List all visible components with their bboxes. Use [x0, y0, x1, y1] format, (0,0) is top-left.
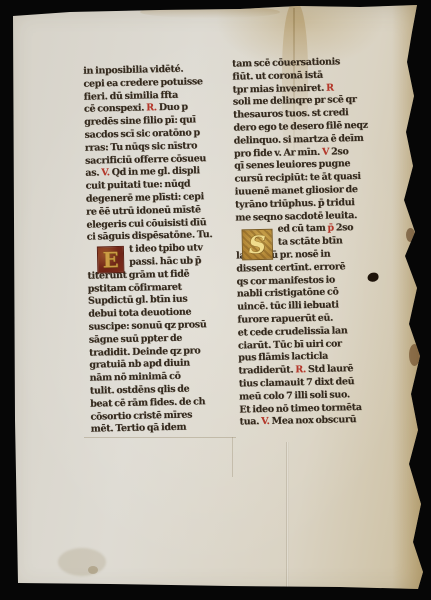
manuscript-text-line: pro fide v. Ar mīn. V 2so [234, 145, 384, 161]
manuscript-text-line: meū colo 7 illi soli suo. [239, 388, 389, 404]
manuscript-text-line: titerunt grām ut fidē [87, 267, 229, 283]
manuscript-text-line: et cede crudelissīa lan [238, 324, 388, 340]
manuscript-text-line: Et ideo nō timeo tormēta [239, 401, 389, 417]
manuscript-text-line: Supdictū gl. btīn ius [88, 293, 230, 309]
manuscript-text-line: dissent certīnt. errorē [236, 260, 386, 276]
text-column-left: in inposibilia vidēté.cepi ea credere po… [83, 63, 233, 437]
initial-letter: S [248, 230, 266, 259]
manuscript-text-line: t ideo tpibo utv [87, 242, 229, 258]
manuscript-text-line: qs cor manifestos io [237, 273, 387, 289]
manuscript-text-line: thesauros tuos. st credi [233, 107, 383, 123]
ruling-line-vertical [232, 437, 233, 477]
manuscript-text-line: me seqno sacdotē leuita. [235, 209, 385, 225]
manuscript-text-line: beat cē rām fides. de ch [90, 395, 232, 411]
text-column-right: tam scē cōuersationisfiūt. ut coronā ist… [232, 55, 390, 429]
manuscript-text-line: ed cū tam p̄ 2so [235, 222, 385, 238]
ruling-line-horizontal [84, 437, 236, 438]
rubric-mark: p̄ [327, 223, 334, 234]
stain-edge-blotch [406, 228, 415, 242]
manuscript-text-line: sāgne suū ppter de [89, 331, 231, 347]
manuscript-text-line: soli me delinqre pr scē qr [233, 94, 383, 110]
manuscript-text-line: laurēciū pr. nosē in [236, 247, 386, 263]
manuscript-text-line: ciarūt. Tūc bī uiri cor [238, 337, 388, 353]
crease-vertical-bottom [286, 442, 289, 588]
manuscript-text-line: gredēs sine filio pī: quī [84, 114, 226, 130]
manuscript-text-line: dero ego te desero filē neqz [233, 119, 383, 135]
manuscript-text-line: ta sctāte btīn [236, 235, 386, 251]
manuscript-text-line: as. V. Qd in me gl. displi [85, 165, 227, 181]
manuscript-text-line: passi. hāc ub p̄ [87, 255, 229, 271]
manuscript-leaf: in inposibilia vidēté.cepi ea credere po… [0, 0, 431, 600]
manuscript-text-line: cōsortio cristē mīres [90, 408, 232, 424]
manuscript-text-line: in inposibilia vidēté. [83, 63, 225, 79]
stain-edge-blotch [412, 464, 420, 476]
manuscript-text-line: pstitam cōfirmaret [88, 280, 230, 296]
rubric-mark: V [322, 146, 329, 157]
stain-top-edge [140, 6, 280, 18]
manuscript-text-line: cursū recipiūt: te āt quasi [234, 171, 384, 187]
manuscript-text-line: cepi ea credere potuisse [83, 76, 225, 92]
stain-right-edge-band [392, 0, 424, 600]
manuscript-text-line: cē conspexi. R. Duo p [84, 101, 226, 117]
manuscript-text-line: nabli cristigatōne cō [237, 286, 387, 302]
manuscript-text-line: fieri. dū similia ffta [84, 88, 226, 104]
manuscript-text-line: furore rapuerūt eū. [237, 311, 387, 327]
manuscript-text-line: tradiderūt. R. Std laurē [238, 363, 388, 379]
illuminated-initial-E: E [97, 246, 125, 274]
rubric-mark: R. [295, 364, 306, 375]
manuscript-text-line: rras: Tu nūqs sic nīstro [85, 140, 227, 156]
manuscript-text-line: cuit puitati tue: nūqd [85, 178, 227, 194]
ink-blot [367, 273, 378, 282]
illuminated-initial-S: S [242, 229, 274, 261]
stain-bottom-dot [88, 566, 98, 574]
manuscript-text-line: tpr mias inveniret. R [232, 81, 382, 97]
manuscript-text-line: pus flāmis lacticla [238, 350, 388, 366]
manuscript-text-line: ci sāguis dispēsatōne. Tu. [87, 229, 229, 245]
rubric-mark: V. [261, 416, 270, 427]
manuscript-text-line: suscipe: sonuū qz prosū [88, 319, 230, 335]
manuscript-text-line: re ēē utrū idoneū mīstē [86, 203, 228, 219]
manuscript-text-line: iuuenē manet gliosior de [235, 183, 385, 199]
rubric-mark: R [326, 82, 334, 93]
manuscript-text-line: tyrāno triūphus. p̄ tridui [235, 196, 385, 212]
stain-edge-blotch [409, 344, 420, 366]
manuscript-text-line: delinquo. si martza ē deīm [234, 132, 384, 148]
manuscript-text-line: fiūt. ut coronā istā [232, 68, 382, 84]
manuscript-text-line: tam scē cōuersationis [232, 55, 382, 71]
manuscript-text-line: tradidit. Deinde qz pro [89, 344, 231, 360]
manuscript-text-line: sacdos scī sic oratōno p [84, 127, 226, 143]
manuscript-text-line: tulit. ostdēns qlis de [90, 383, 232, 399]
manuscript-text-line: elegeris cui cōuisisti dīū [86, 216, 228, 232]
manuscript-text-line: degenerē me plīsti: cepi [86, 191, 228, 207]
initial-letter: E [102, 247, 119, 272]
manuscript-text-line: tua. V. Mea nox obscurū [239, 414, 389, 430]
manuscript-text-line: gratuiā nb apd diuin [89, 357, 231, 373]
manuscript-text-line: tius clamauit 7 dixt deū [239, 375, 389, 391]
stain-bottom-left [58, 548, 106, 576]
rubric-mark: R. [146, 103, 157, 114]
manuscript-text-line: sacrificiū offerre cōsueu [85, 152, 227, 168]
manuscript-text-line: uincē. tūc illi iebuati [237, 299, 387, 315]
rubric-mark: V. [101, 168, 110, 179]
crease-vertical-top [293, 8, 295, 168]
manuscript-text-line: nām nō minimā cō [89, 370, 231, 386]
written-area: in inposibilia vidēté.cepi ea credere po… [0, 0, 431, 600]
manuscript-text-line: qī senes leuiores pugne [234, 158, 384, 174]
manuscript-text-line: mēt. Tertio qā idem [91, 421, 233, 437]
manuscript-text-line: debui tota deuotione [88, 306, 230, 322]
stain-top-streak [282, 4, 308, 174]
